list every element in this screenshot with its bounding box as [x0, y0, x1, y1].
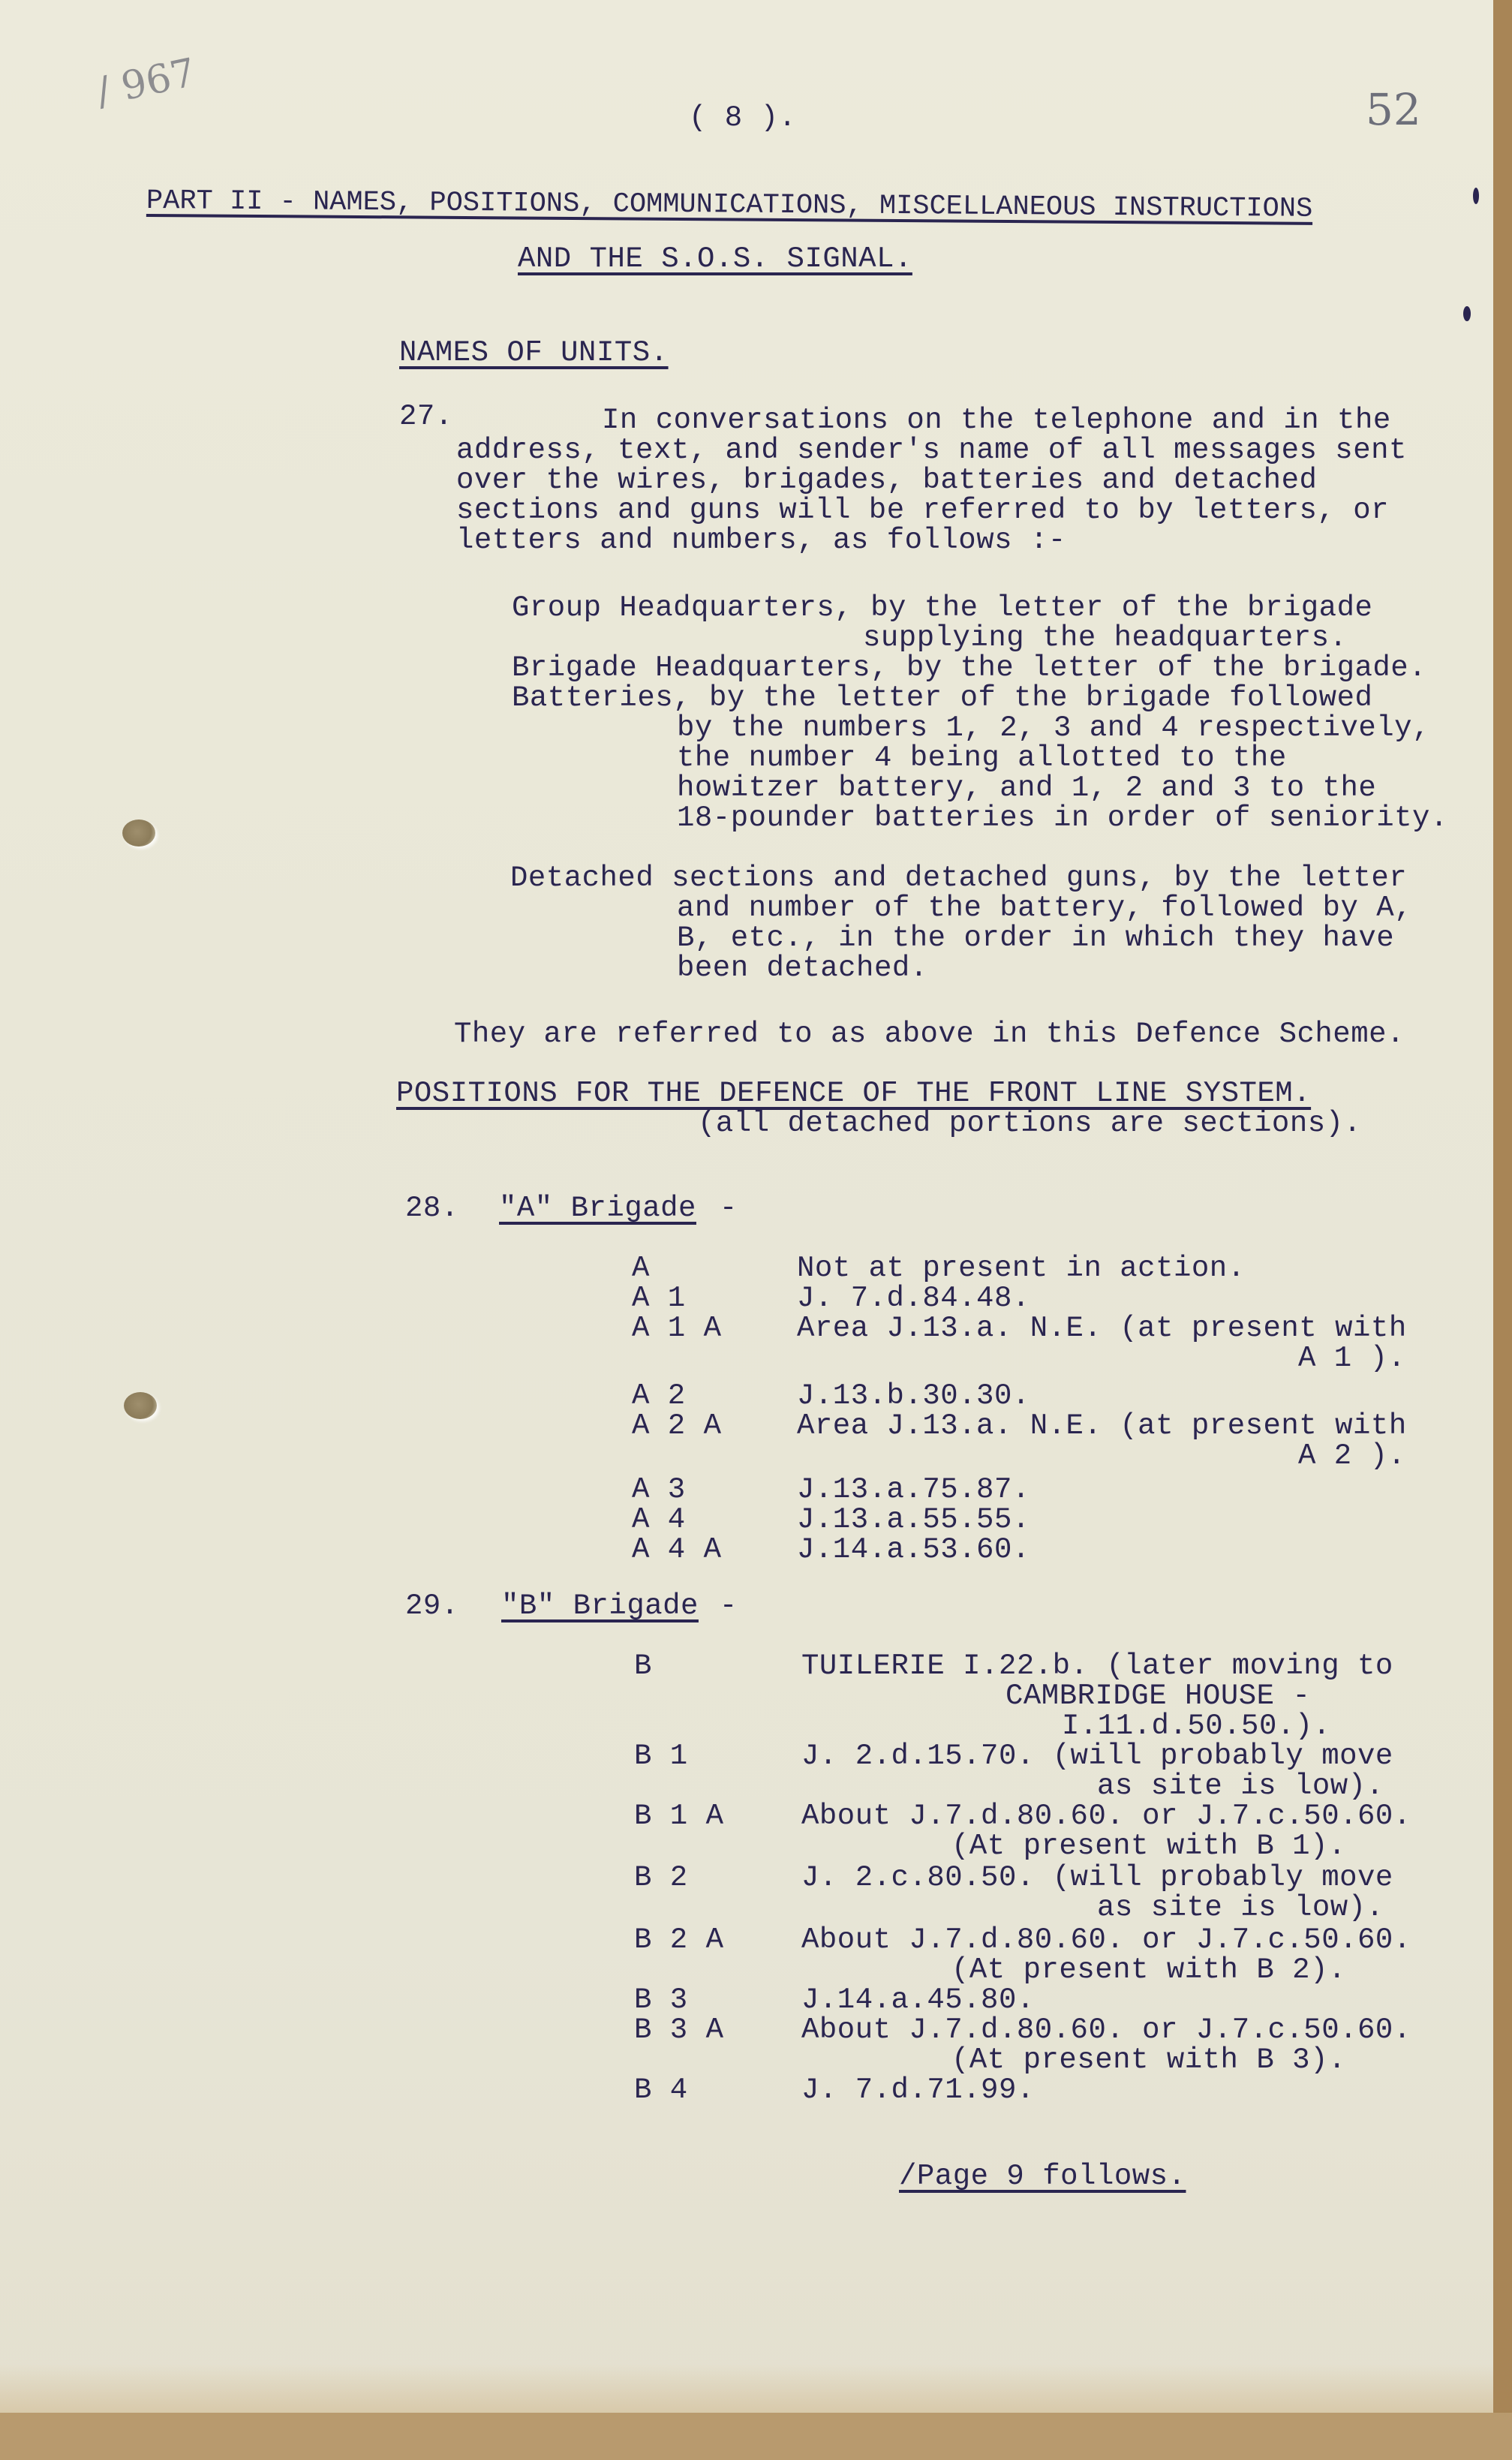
rule-detached-cont: and number of the battery, followed by A…: [677, 893, 1412, 923]
unit-code: B 1 A: [634, 1801, 724, 1831]
rule-batteries-cont: 18-pounder batteries in order of seniori…: [677, 803, 1448, 833]
ink-mark: [1463, 306, 1471, 321]
unit-position-cont: (At present with B 3).: [951, 2045, 1346, 2075]
unit-position: Area J.13.a. N.E. (at present with: [797, 1313, 1407, 1343]
paper-stain: [0, 2364, 1493, 2416]
rule-batteries: Batteries, by the letter of the brigade …: [512, 683, 1372, 713]
names-closing-sentence: They are referred to as above in this De…: [454, 1019, 1405, 1049]
rule-brigade-hq: Brigade Headquarters, by the letter of t…: [512, 653, 1426, 683]
para-27-line: address, text, and sender's name of all …: [456, 435, 1407, 465]
punch-hole-bottom: [124, 1392, 157, 1419]
unit-position: J.13.a.75.87.: [797, 1475, 1030, 1505]
unit-position-cont: I.11.d.50.50.).: [1062, 1711, 1331, 1741]
section-heading-positions: POSITIONS FOR THE DEFENCE OF THE FRONT L…: [396, 1078, 1311, 1108]
rule-group-hq: Group Headquarters, by the letter of the…: [512, 593, 1372, 623]
unit-position-cont: A 2 ).: [1298, 1441, 1405, 1471]
unit-position-cont: (At present with B 2).: [951, 1955, 1346, 1985]
unit-position: About J.7.d.80.60. or J.7.c.50.60.: [801, 1801, 1411, 1831]
rule-detached: Detached sections and detached guns, by …: [510, 863, 1407, 893]
para-27-line: sections and guns will be referred to by…: [456, 495, 1389, 525]
unit-code: A 2 A: [632, 1411, 722, 1441]
rule-batteries-cont: the number 4 being allotted to the: [677, 743, 1287, 773]
unit-code: A: [632, 1253, 650, 1283]
section-heading-names-of-units: NAMES OF UNITS.: [399, 338, 669, 368]
unit-position: J. 2.c.80.50. (will probably move: [801, 1863, 1393, 1893]
unit-code: B 1: [634, 1741, 688, 1771]
unit-position-cont: as site is low).: [1097, 1771, 1384, 1801]
brigade-a-dash: -: [702, 1193, 738, 1223]
unit-position: J. 7.d.84.48.: [797, 1283, 1030, 1313]
paragraph-number-27: 27.: [399, 401, 453, 432]
page-continuation-note: /Page 9 follows.: [899, 2161, 1186, 2191]
unit-code: A 1: [632, 1283, 686, 1313]
page-number: ( 8 ).: [689, 103, 796, 133]
paragraph-number-29: 29.: [405, 1591, 459, 1621]
unit-code: A 3: [632, 1475, 686, 1505]
unit-position: Area J.13.a. N.E. (at present with: [797, 1411, 1407, 1441]
rule-group-hq-cont: supplying the headquarters.: [863, 623, 1347, 653]
punch-hole-top: [122, 819, 155, 847]
positions-subheading: (all detached portions are sections).: [698, 1108, 1361, 1138]
unit-position: J.14.a.53.60.: [797, 1535, 1030, 1565]
brigade-a-heading: "A" Brigade: [499, 1193, 696, 1223]
unit-code: B 3 A: [634, 2015, 724, 2045]
unit-position: J.13.b.30.30.: [797, 1381, 1030, 1411]
para-27-line: over the wires, brigades, batteries and …: [456, 465, 1317, 495]
para-27-line: In conversations on the telephone and in…: [602, 405, 1391, 435]
unit-code: B 4: [634, 2075, 688, 2105]
unit-position-cont: as site is low).: [1097, 1893, 1384, 1923]
part-title-line2: AND THE S.O.S. SIGNAL.: [518, 244, 912, 274]
unit-position: J. 7.d.71.99.: [801, 2075, 1035, 2105]
unit-code: B 2 A: [634, 1925, 724, 1955]
unit-position: J. 2.d.15.70. (will probably move: [801, 1741, 1393, 1771]
background-surface-right: [1493, 0, 1512, 2460]
unit-position-cont: CAMBRIDGE HOUSE -: [1005, 1681, 1310, 1711]
brigade-b-dash: -: [702, 1591, 738, 1621]
rule-batteries-cont: howitzer battery, and 1, 2 and 3 to the: [677, 773, 1376, 803]
rule-detached-cont: B, etc., in the order in which they have: [677, 923, 1394, 953]
unit-position: J.14.a.45.80.: [801, 1985, 1035, 2015]
unit-code: B: [634, 1651, 652, 1681]
para-27-line: letters and numbers, as follows :-: [456, 525, 1066, 555]
unit-position: Not at present in action.: [797, 1253, 1246, 1283]
unit-code: B 3: [634, 1985, 688, 2015]
unit-position-cont: (At present with B 1).: [951, 1831, 1346, 1861]
brigade-b-heading: "B" Brigade: [501, 1591, 699, 1621]
paragraph-number-28: 28.: [405, 1193, 459, 1223]
unit-position: About J.7.d.80.60. or J.7.c.50.60.: [801, 2015, 1411, 2045]
unit-code: A 4: [632, 1505, 686, 1535]
unit-code: A 1 A: [632, 1313, 722, 1343]
unit-code: A 4 A: [632, 1535, 722, 1565]
rule-batteries-cont: by the numbers 1, 2, 3 and 4 respectivel…: [677, 713, 1430, 743]
folio-stamp: 52: [1366, 84, 1421, 135]
unit-position: About J.7.d.80.60. or J.7.c.50.60.: [801, 1925, 1411, 1955]
unit-code: B 2: [634, 1863, 688, 1893]
background-surface-bottom: [0, 2413, 1512, 2460]
ink-mark: [1473, 188, 1479, 204]
unit-position: J.13.a.55.55.: [797, 1505, 1030, 1535]
unit-position-cont: A 1 ).: [1298, 1343, 1405, 1373]
unit-position: TUILERIE I.22.b. (later moving to: [801, 1651, 1393, 1681]
rule-detached-cont: been detached.: [677, 953, 928, 983]
unit-code: A 2: [632, 1381, 686, 1411]
